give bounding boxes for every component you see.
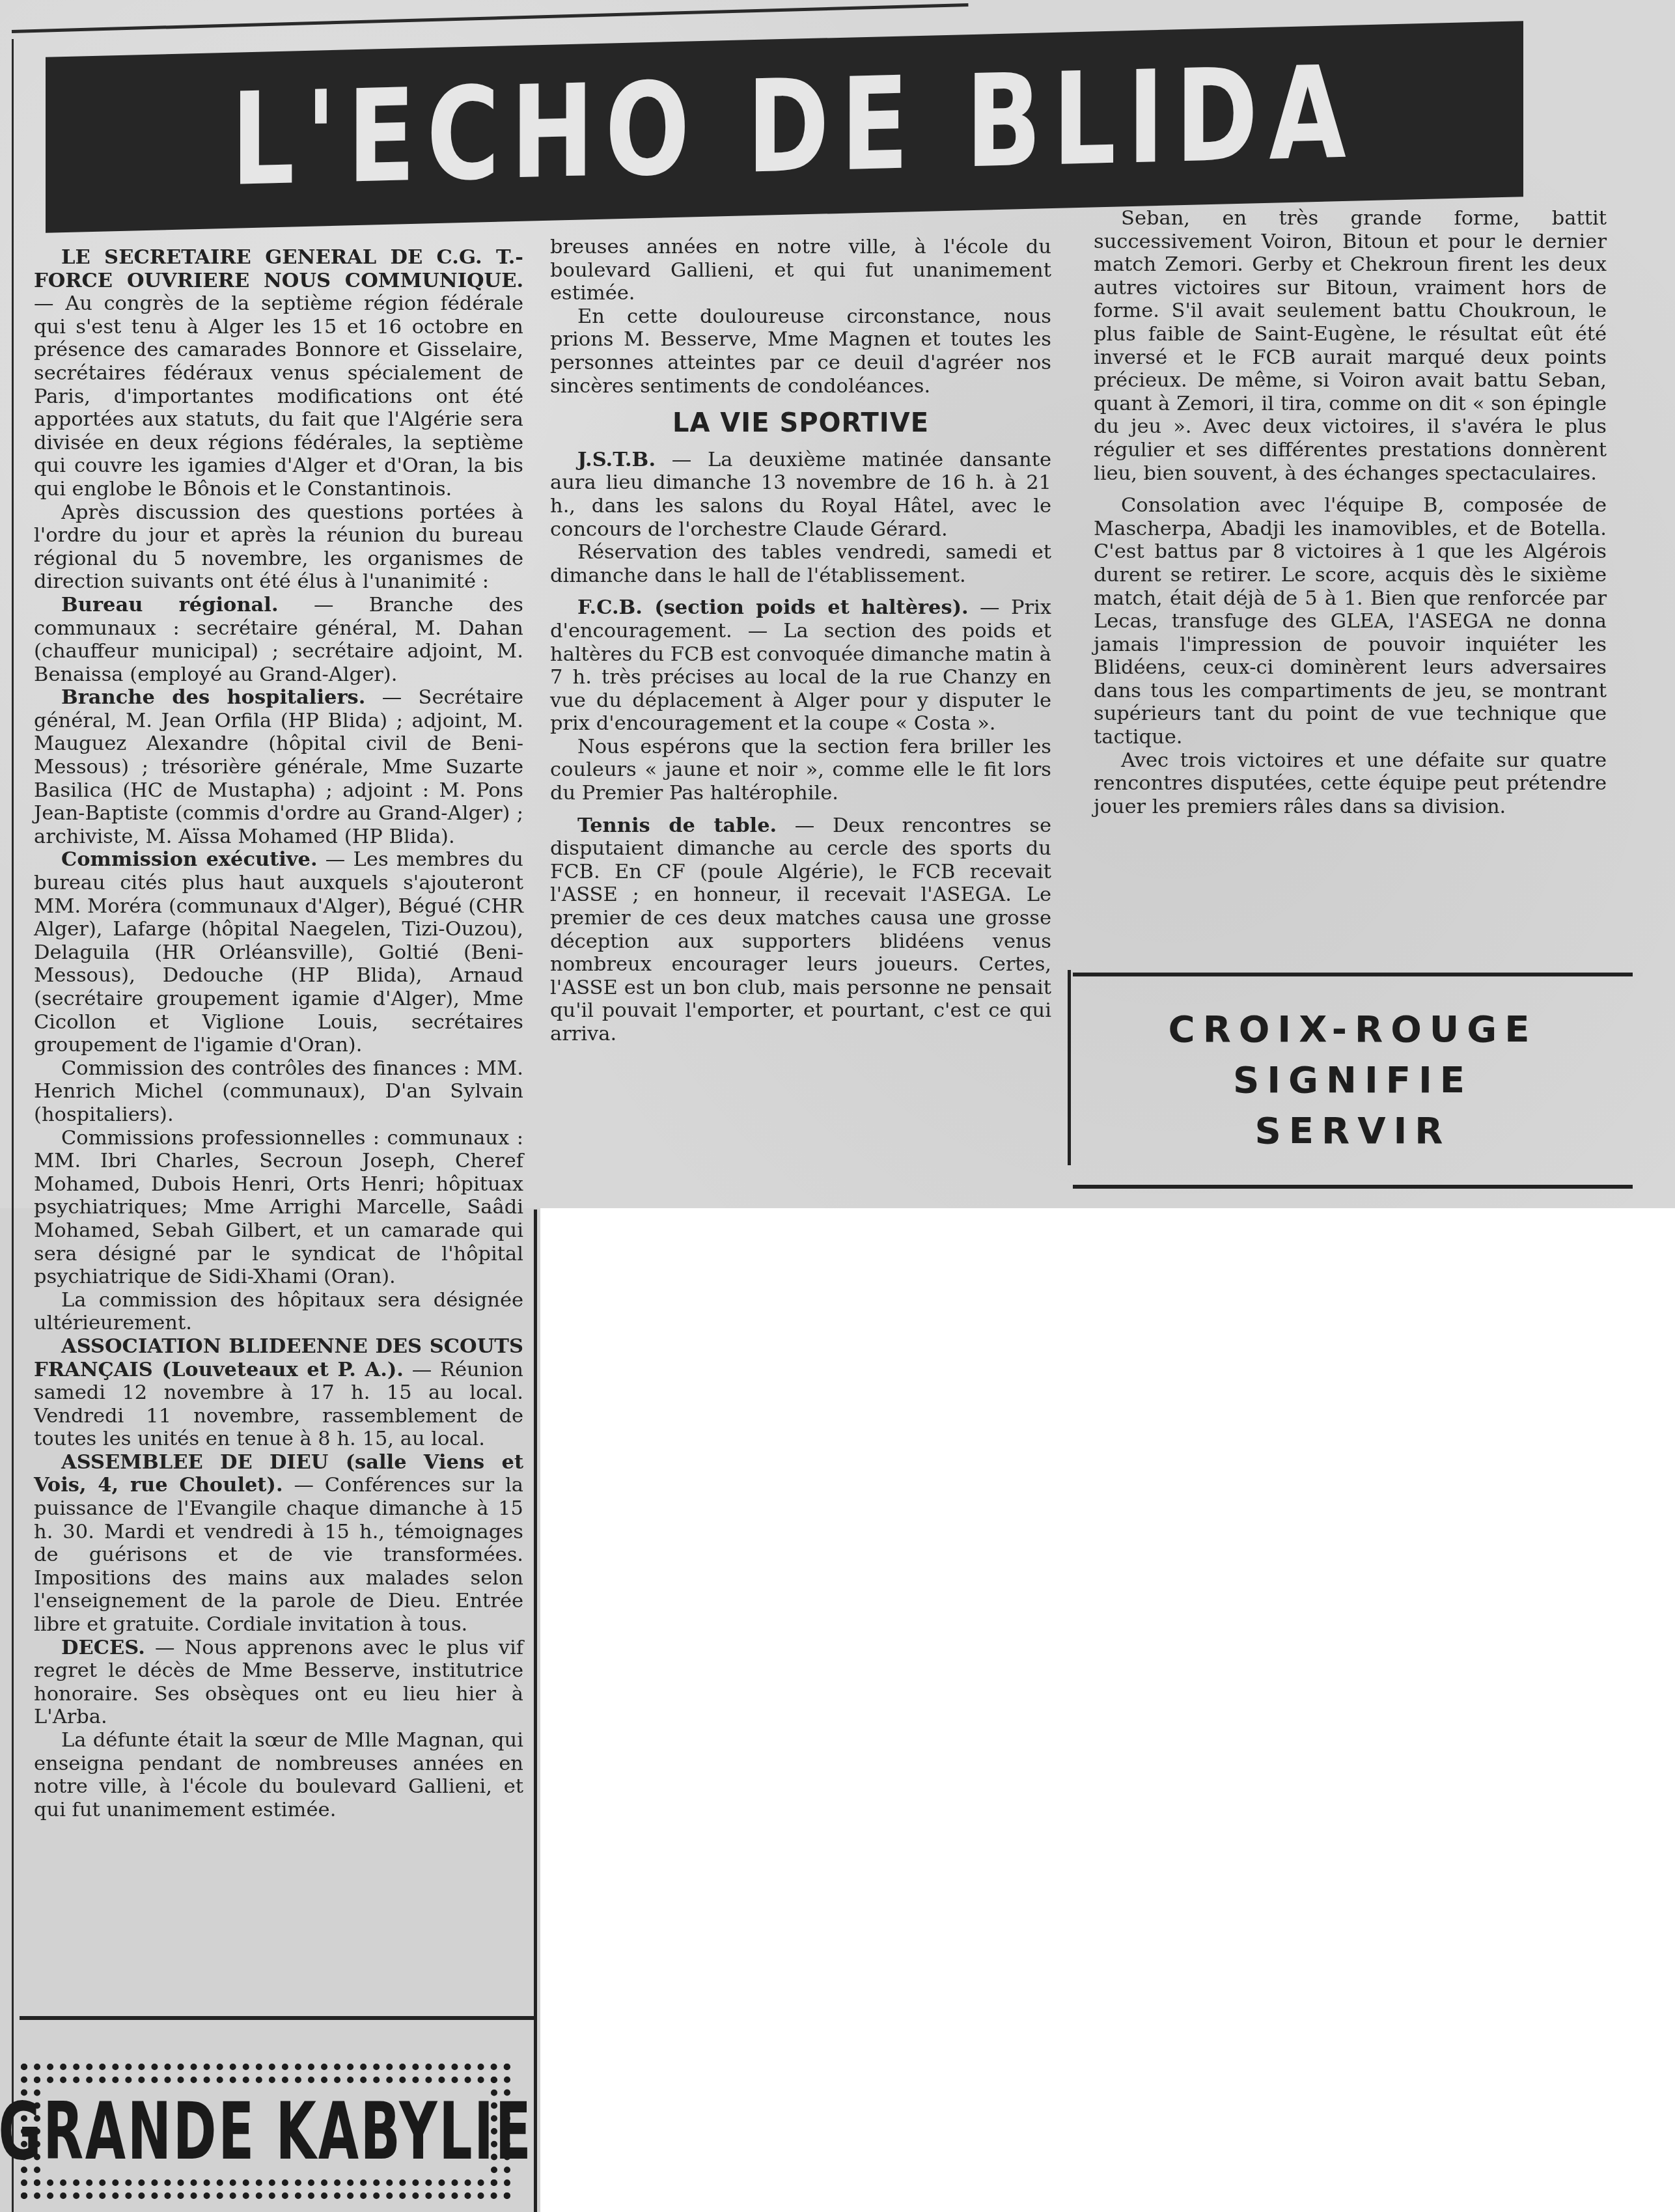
- column-divider: [1068, 970, 1071, 1165]
- croix-rouge-line-3: SERVIR: [1254, 1106, 1450, 1157]
- deces-continuation-text: breuses années en notre ville, à l'école…: [550, 236, 1051, 305]
- bureau-regional: Bureau régional. — Branche des communaux…: [34, 594, 523, 686]
- commissions-professionnelles: Commissions professionnelles : communaux…: [34, 1127, 523, 1289]
- section-rule: [20, 2016, 534, 2020]
- deces-condoleances: En cette douloureuse circonstance, nous …: [550, 305, 1051, 398]
- commission-executive: Commission exécutive. — Les membres du b…: [34, 848, 523, 1057]
- commission-finances: Commission des contrôles des finances : …: [34, 1057, 523, 1127]
- article-cgt-fo-intro: LE SECRETAIRE GENERAL DE C.G. T.-FORCE O…: [34, 246, 523, 501]
- sport-tennis-consolation: Consolation avec l'équipe B, composée de…: [1094, 494, 1607, 749]
- commission-hopitaux: La commission des hôpitaux sera désignée…: [34, 1289, 523, 1335]
- masthead-banner: L'ECHO DE BLIDA: [46, 21, 1523, 232]
- grande-kabylie-title: GRANDE KABYLIE: [0, 2092, 533, 2171]
- article-scouts: ASSOCIATION BLIDEENNE DES SCOUTS FRANÇAI…: [34, 1335, 523, 1451]
- column-divider: [534, 1210, 537, 2212]
- column-1: LE SECRETAIRE GENERAL DE C.G. T.-FORCE O…: [34, 246, 523, 1821]
- masthead-title: L'ECHO DE BLIDA: [231, 49, 1357, 204]
- frame-rule-left: [12, 39, 14, 2212]
- croix-rouge-line-2: SIGNIFIE: [1233, 1055, 1473, 1106]
- section-title-vie-sportive: LA VIE SPORTIVE: [550, 412, 1051, 435]
- sport-tennis-seban: Seban, en très grande forme, battit succ…: [1094, 207, 1607, 485]
- column-2: La défunte était la sœur de Mlle Magnan,…: [550, 210, 1051, 1046]
- article-deces: DECES. — Nous apprenons avec le plus vif…: [34, 1637, 523, 1729]
- sport-jstb: J.S.T.B. — La deuxième matinée dansante …: [550, 449, 1051, 541]
- sport-jstb-reservation: Réservation des tables vendredi, samedi …: [550, 541, 1051, 587]
- article-deces-continued: La défunte était la sœur de Mlle Magnan,…: [550, 236, 1051, 305]
- article-assemblee-de-dieu: ASSEMBLEE DE DIEU (salle Viens et Vois, …: [34, 1451, 523, 1637]
- article-heading: LE SECRETAIRE GENERAL DE C.G. T.-FORCE O…: [34, 245, 523, 292]
- croix-rouge-ad: CROIX-ROUGE SIGNIFIE SERVIR: [1073, 973, 1633, 1189]
- grande-kabylie-banner: GRANDE KABYLIE: [21, 2064, 510, 2199]
- article-paragraph: Après discussion des questions portées à…: [34, 501, 523, 594]
- article-deces-continued: La défunte était la sœur de Mlle Magnan,…: [34, 1729, 523, 1821]
- sport-tennis-conclusion: Avec trois victoires et une défaite sur …: [1094, 749, 1607, 819]
- branche-hospitaliers: Branche des hospitaliers. — Secrétaire g…: [34, 686, 523, 848]
- sport-fcb-halteres: F.C.B. (section poids et haltères). — Pr…: [550, 596, 1051, 736]
- column-3: Seban, en très grande forme, battit succ…: [1094, 207, 1607, 818]
- sport-tennis-de-table: Tennis de table. — Deux rencontres se di…: [550, 814, 1051, 1046]
- croix-rouge-line-1: CROIX-ROUGE: [1169, 1004, 1538, 1055]
- sport-fcb-hope: Nous espérons que la section fera brille…: [550, 736, 1051, 805]
